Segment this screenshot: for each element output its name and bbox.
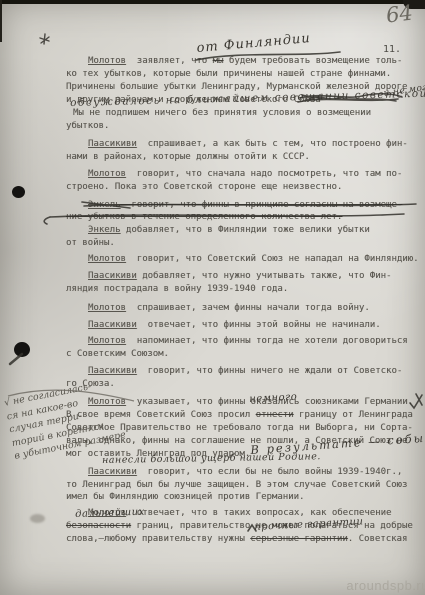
speaker-name: Паасикиви [88,320,137,330]
paper-smudge [30,514,45,523]
typed-text: отвечает, что финны этой войны не начина… [137,320,381,330]
scan-edge-left [0,0,2,42]
typed-line: Паасикиви отвечает, что финны этой войны… [88,320,381,331]
typed-text: ко тех убытков, которые были причинены н… [66,69,391,79]
typed-text: заявляет, что [126,56,213,66]
typed-line: Молотов спрашивает, зачем финны начали т… [88,303,370,314]
speaker-name: Паасикиви [88,271,137,281]
typed-line: ко тех убытков, которые были причинены н… [66,69,391,80]
typed-line: Энкель добавляет, что в Финляндии тоже в… [88,225,370,236]
typed-text: имел бы Финляндию союзницей против Герма… [66,492,304,502]
typed-text: добавляет, что нужно учитывать также, чт… [137,271,392,281]
scanned-document-page: 64 11. Молотов заявляет, что мы будем тр… [0,0,425,595]
typed-text: говорит, что финны ничего не ждали от Со… [137,366,403,376]
typed-line: строено. Пока это Советской стороне еще … [66,182,342,193]
speaker-name: Молотов [88,336,126,346]
speaker-name: Паасикиви [88,366,137,376]
speaker-name: Молотов [88,169,126,179]
typed-text: добавляет, что в Финляндии тоже велики у… [121,225,370,235]
typed-line: Паасикиви спрашивает, а как быть с тем, … [88,139,408,150]
typed-text: говорит, что если бы не было войны 1939-… [137,467,403,477]
watermark: aroundspb.ru [346,578,425,593]
page-number: 11. [383,44,401,55]
scan-edge-bar [0,0,425,4]
typed-line: Энкель говорит, что финны в принципе сог… [88,200,402,211]
typed-text: говорит, что финны в принципе согласны н… [121,200,403,210]
typed-text: мы [213,56,224,66]
typed-line: Паасикиви говорит, что финны ничего не ж… [88,366,402,377]
typed-text: спрашивает, а как быть с тем, что постро… [137,139,408,149]
typed-line: то Ленинград был бы лучше защищен. В это… [66,480,407,491]
typed-text: ние убытков в течение определенного коли… [66,212,342,222]
typed-text: . Советская [348,534,408,544]
typed-text: серьезные гарантии [250,534,348,544]
typed-line: Молотов напоминает, что финны тогда не х… [88,336,408,347]
typed-text: убытков. [66,121,109,131]
speaker-name: Молотов [88,56,126,66]
typed-line: нами в районах, которые должны отойти к … [66,152,310,163]
typed-text: ляндия пострадала в войну 1939-1940 года… [66,284,288,294]
typed-line: слова,—любому правительству нужны серьез… [66,534,407,545]
speaker-name: Молотов [88,303,126,313]
typed-line: Паасикиви говорит, что если бы не было в… [88,467,402,478]
typed-text: напоминает, что финны тогда не хотели до… [126,336,408,346]
typed-text: нами в районах, которые должны отойти к … [66,152,310,162]
typed-text: с Советским Союзом. [66,349,169,359]
typed-line: Молотов говорит, что Советский Союз не н… [88,254,419,265]
typed-line: имел бы Финляндию союзницей против Герма… [66,492,304,503]
typed-line: Молотов заявляет, что мы будем требовать… [88,56,402,67]
typed-text: Мы не подпишем ничего без принятия услов… [73,108,371,118]
speaker-name: Энкель [88,225,121,235]
typed-text: спрашивает, зачем финны начали тогда вой… [126,303,370,313]
typed-line: Молотов говорит, что сначала надо посмот… [88,169,402,180]
typed-text: говорит, что сначала надо посмотреть, чт… [126,169,402,179]
typed-line: ляндия пострадала в войну 1939-1940 года… [66,284,288,295]
typed-text: отнести [256,410,294,420]
ink-blot [12,186,25,198]
speaker-name: Молотов [88,254,126,264]
typed-line: с Советским Союзом. [66,349,169,360]
typed-line: ние убытков в течение определенного коли… [66,212,342,223]
handwritten-annotation-insert-ot-finlyandii: от Финляндии [196,31,311,56]
typed-text: слова,—любому правительству нужны [66,534,250,544]
typed-line: от войны. [66,238,115,249]
typed-text: будем требовать возмещение толь- [223,56,402,66]
speaker-name: Паасикиви [88,139,137,149]
typed-line: Мы не подпишем ничего без принятия услов… [73,108,371,119]
typed-line: Паасикиви добавляет, что нужно учитывать… [88,271,391,282]
pencil-page-mark: 64 [385,0,414,27]
typed-text: безопасности [66,521,131,531]
speaker-name: Энкель [88,200,121,210]
typed-text: границу от Ленинграда [294,410,413,420]
typed-text: то Ленинград был бы лучше защищен. В это… [66,480,407,490]
typed-text: от войны. [66,238,115,248]
typed-text: строено. Пока это Советской стороне еще … [66,182,342,192]
speaker-name: Паасикиви [88,467,137,477]
typed-line: убытков. [66,121,109,132]
typed-text: говорит, что Советский Союз не нападал н… [126,254,419,264]
ink-blot [14,342,30,357]
